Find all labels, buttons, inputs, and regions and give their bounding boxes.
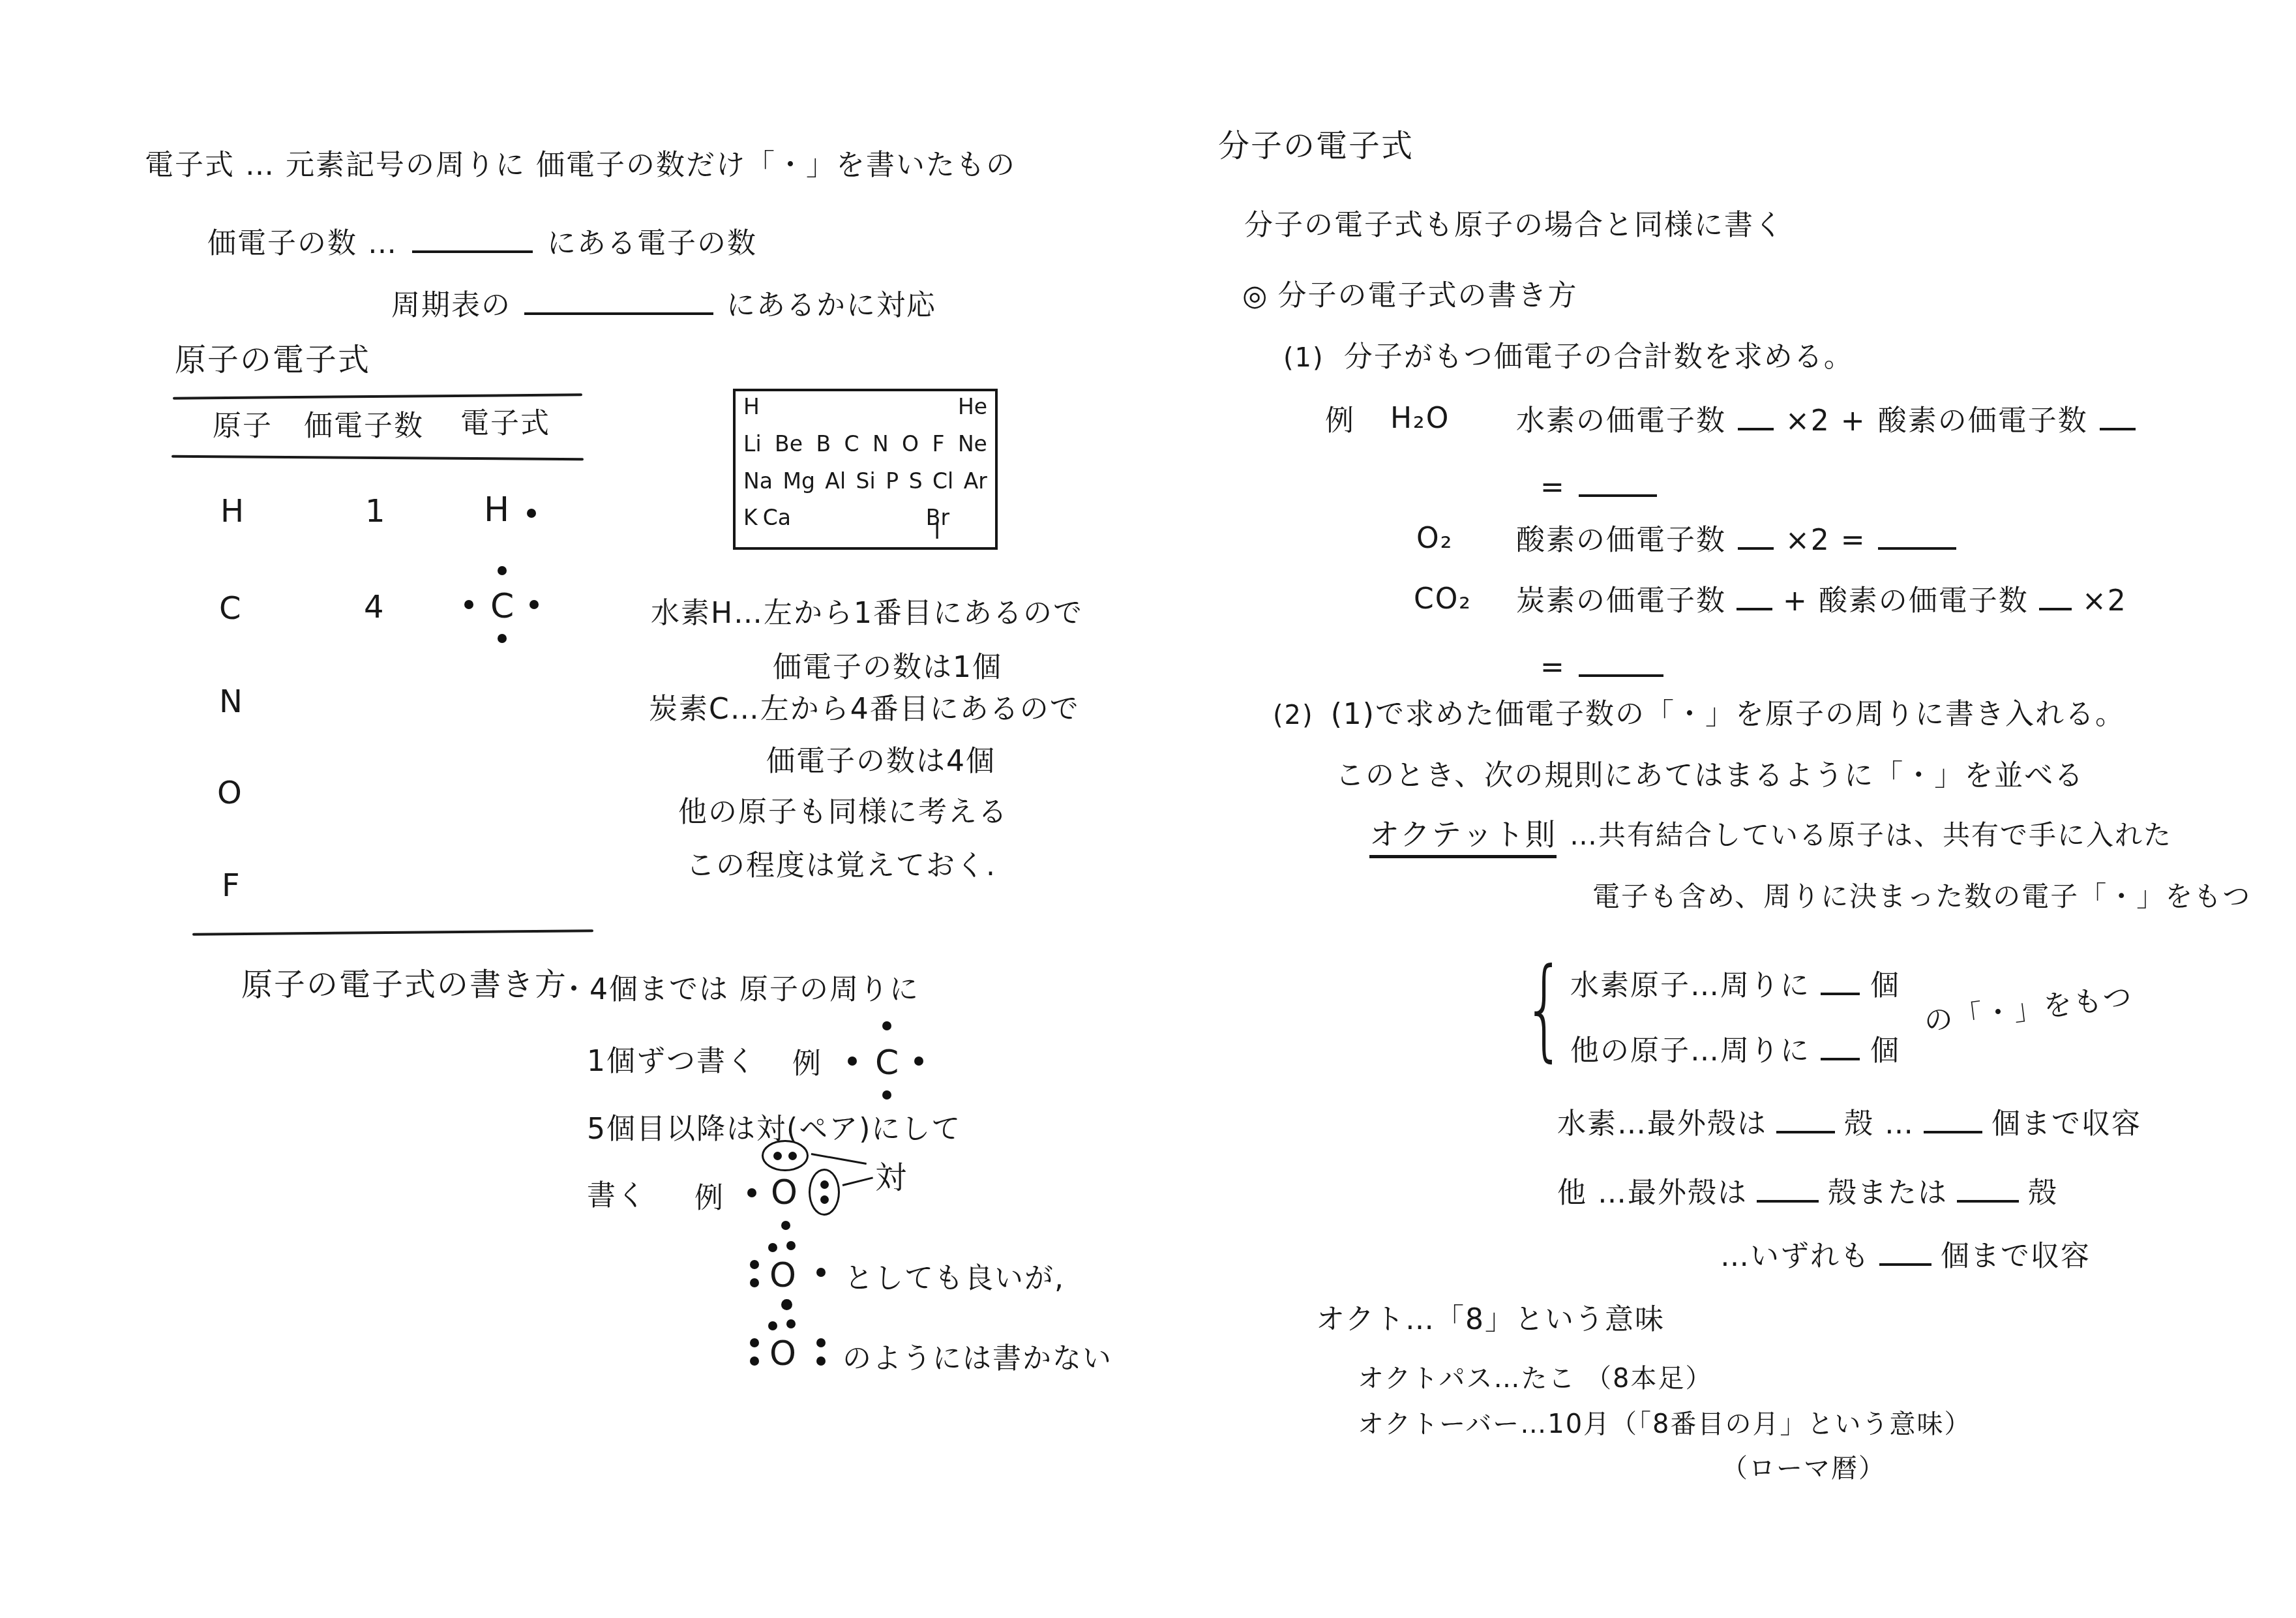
co2-pre: 炭素の価電子数 [1516, 584, 1726, 619]
electron-dot [914, 1056, 923, 1066]
fill-in-blank [524, 285, 713, 315]
electron-dot [816, 1338, 826, 1347]
electron-pair-circle [762, 1140, 809, 1171]
fill-in-blank [1776, 1103, 1835, 1133]
electron-dot [750, 1338, 759, 1347]
octo-octopus: オクトパス…たこ （8本足） [1358, 1363, 1713, 1394]
periodic-table-box: H He Li Be B C N O F Ne Na Mg Al Si P S … [733, 389, 998, 550]
fill-in-blank [1957, 1173, 2019, 1203]
example-label: 例 [694, 1182, 724, 1216]
fill-in-blank [1738, 520, 1774, 550]
howto-rule4: 書く [587, 1179, 647, 1214]
o2-operator: ×2 = [1785, 524, 1866, 558]
periodic-ref-line: 周期表の にあるかに対応 [391, 285, 936, 323]
formula-co2: CO₂ [1414, 582, 1472, 617]
fill-in-blank [412, 223, 533, 253]
electron-dot [529, 600, 539, 609]
example-label: 例 [1325, 404, 1355, 439]
element-symbol: Mg [783, 470, 814, 493]
table-header-rule [171, 455, 584, 460]
unit: 個 [1870, 969, 1900, 1004]
element-symbol: O [902, 432, 919, 456]
h2o-pre: 水素の価電子数 [1516, 404, 1726, 439]
note-carbon-1: 炭素C…左から4番目にあるので [649, 693, 1080, 727]
fill-in-blank [1821, 965, 1860, 995]
step1-number: (1) [1283, 342, 1324, 374]
electron-dot [750, 1278, 759, 1287]
electron-dot [786, 1319, 796, 1328]
table-cell-valence: 4 [364, 589, 385, 627]
element-symbol: Na [743, 470, 773, 493]
table-row: O [217, 775, 243, 813]
shell1-pre: 水素…最外殻は [1557, 1107, 1767, 1142]
fill-in-blank [1879, 1236, 1931, 1266]
lewis-letter: O [769, 1334, 798, 1374]
electron-dot [750, 1260, 759, 1269]
fill-in-blank [1878, 520, 1956, 550]
important-mark: ◎ [1242, 279, 1268, 314]
pair-connector-line [811, 1153, 867, 1165]
electron-dot [747, 1188, 756, 1197]
note-carbon-2: 価電子の数は4個 [766, 745, 996, 779]
ok-note: としても良いが, [844, 1262, 1065, 1296]
formula-h2o: H₂O [1390, 402, 1450, 436]
molecule-howto-title: 分子の電子式の書き方 [1277, 279, 1577, 314]
molecule-title: 分子の電子式 [1218, 128, 1414, 166]
atom-formula-title: 原子の電子式 [175, 342, 370, 380]
scanned-note-page: 電子式 … 元素記号の周りに 価電子の数だけ「・」を書いたもの 価電子の数 … … [0, 0, 2296, 1618]
electron-dot [527, 509, 536, 518]
electron-dot [768, 1321, 777, 1330]
element-symbol: Li [743, 432, 762, 456]
fill-in-blank [1924, 1103, 1982, 1133]
rule-hydrogen: 水素原子…周りに [1570, 969, 1810, 1004]
definition-line: 電子式 … 元素記号の周りに 価電子の数だけ「・」を書いたもの [145, 149, 1016, 183]
octet-def1: …共有結合している原子は、共有で手に入れた [1570, 819, 2172, 852]
electron-dot [848, 1056, 857, 1066]
element-symbol: Al [825, 470, 846, 493]
element-symbol: S [909, 470, 923, 493]
fill-in-blank [1579, 467, 1657, 497]
example-label: 例 [792, 1047, 822, 1082]
lewis-c-four-dots: C [456, 561, 548, 652]
element-symbol: Ne [958, 432, 987, 456]
valence-count-line: 価電子の数 … にある電子の数 [207, 223, 757, 262]
co2-count-line: 炭素の価電子数 + 酸素の価電子数 ×2 [1516, 580, 2127, 619]
formula-o2: O₂ [1416, 522, 1453, 556]
electron-dot [781, 1221, 790, 1230]
shell2-pre: 他 …最外殻は [1557, 1176, 1748, 1211]
pair-label: 対 [875, 1160, 908, 1197]
table-row: F [222, 867, 241, 905]
h2o-operator: ×2 + [1785, 404, 1866, 439]
step2-text2: このとき、次の規則にあてはまるように「・」を並べる [1335, 759, 2084, 794]
electron-dot [781, 1299, 792, 1310]
o2-pre: 酸素の価電子数 [1516, 524, 1726, 558]
fill-in-blank [1821, 1030, 1860, 1060]
octet-term: オクテット則 [1369, 816, 1557, 858]
electron-pair-circle [809, 1169, 840, 1216]
fill-in-blank [2039, 580, 2072, 610]
unit: 個 [1870, 1034, 1900, 1069]
electron-dot [882, 1021, 891, 1030]
h2o-count-line: 水素の価電子数 ×2 + 酸素の価電子数 [1516, 400, 2136, 439]
co2-equals-line: = [1540, 647, 1663, 685]
rule-other: 他の原子…周りに [1570, 1034, 1810, 1069]
octet-line: オクテット則 …共有結合している原子は、共有で手に入れた [1369, 816, 2172, 858]
plus-sign: + [1783, 584, 1808, 619]
shell-line-2: 他 …最外殻は 殻または 殻 [1557, 1173, 2058, 1211]
element-symbol: Si [856, 470, 876, 493]
element-symbol: N [872, 432, 889, 456]
shell3-post: 個まで収容 [1941, 1240, 2091, 1274]
brace: { [1523, 944, 1566, 1073]
step2-line: (2) (1)で求めた価電子数の「・」を原子の周りに書き入れる。 [1273, 698, 2125, 732]
element-symbol: He [958, 395, 987, 419]
table-top-rule [173, 393, 582, 399]
table-row: N [219, 683, 244, 721]
lewis-letter: C [490, 587, 514, 626]
electron-dot [498, 566, 507, 575]
electron-dot [816, 1268, 826, 1277]
shell2-post: 殻 [2028, 1176, 2058, 1211]
electron-dot [816, 1356, 826, 1366]
note-other-atoms: 他の原子も同様に考える [678, 796, 1008, 830]
fill-in-blank [1579, 647, 1663, 677]
table-cell-valence: 1 [365, 493, 387, 531]
h2o-post: 酸素の価電子数 [1878, 404, 2088, 439]
col-header-formula: 電子式 [460, 407, 550, 442]
fill-in-blank [1738, 400, 1774, 430]
molecule-howto-heading: ◎ 分子の電子式の書き方 [1242, 279, 1577, 314]
element-symbol: F [932, 432, 945, 456]
fill-in-blank [2100, 400, 2136, 430]
howto-title: 原子の電子式の書き方 [241, 966, 567, 1004]
electron-dot [750, 1356, 759, 1366]
element-symbol: Ar [964, 470, 987, 493]
ng-note: のようには書かない [842, 1342, 1112, 1377]
h2o-equals-line: = [1540, 467, 1657, 505]
shell1-mid: 殻 … [1844, 1107, 1915, 1142]
equals-sign: = [1540, 651, 1566, 685]
octo-october: オクトーバー…10月（「8番目の月」という意味） [1358, 1409, 1972, 1440]
electron-dot [786, 1241, 796, 1250]
pair-connector-line [842, 1176, 873, 1186]
electron-dot [464, 600, 473, 609]
molecule-intro: 分子の電子式も原子の場合と同様に書く [1244, 209, 1784, 243]
electron-dot [768, 1243, 777, 1252]
step2-text: (1)で求めた価電子数の「・」を原子の周りに書き入れる。 [1331, 698, 2125, 732]
lewis-letter: C [875, 1043, 899, 1083]
col-header-atom: 原子 [213, 410, 273, 444]
element-symbol: Cl [932, 470, 953, 493]
shell2-mid: 殻または [1828, 1176, 1948, 1211]
co2-x2: ×2 [2082, 584, 2127, 619]
periodic-row-3: Na Mg Al Si P S Cl Ar [743, 470, 987, 493]
octo-roman: （ローマ暦） [1722, 1453, 1886, 1484]
element-symbol: I [934, 520, 940, 543]
shell1-post: 個まで収容 [1991, 1107, 2141, 1142]
lewis-letter: O [769, 1255, 798, 1296]
octet-def2: 電子も含め、周りに決まった数の電子「・」をもつ [1592, 880, 2251, 913]
step1-line: (1) 分子がもつ価電子の合計数を求める。 [1283, 340, 1854, 375]
lewis-c-example: C [841, 1017, 932, 1109]
col-header-valence: 価電子数 [304, 410, 424, 444]
element-symbol: P [886, 470, 899, 493]
element-symbol: B [816, 432, 831, 456]
brace-note: の「・」をもつ [1922, 980, 2135, 1040]
o2-count-line: 酸素の価電子数 ×2 = [1516, 520, 1956, 558]
lewis-letter: O [771, 1173, 799, 1213]
fill-in-blank [1737, 580, 1772, 610]
brace-rule-2: 他の原子…周りに 個 [1570, 1030, 1900, 1069]
lewis-letter: H [484, 490, 509, 530]
electron-dot [882, 1090, 891, 1100]
element-symbol: Be [775, 432, 803, 456]
element-symbol: H [743, 395, 760, 419]
step1-text: 分子がもつ価電子の合計数を求める。 [1344, 340, 1854, 375]
step2-number: (2) [1273, 700, 1314, 731]
element-symbol: K [743, 506, 758, 530]
periodic-row-4: K Ca Br [743, 506, 987, 530]
co2-post: 酸素の価電子数 [1819, 584, 2029, 619]
periodic-row-2: Li Be B C N O F Ne [743, 432, 987, 456]
shell-line-3: …いずれも 個まで収容 [1720, 1236, 2091, 1274]
element-symbol: C [844, 432, 859, 456]
table-row: H [220, 493, 245, 531]
fill-in-blank [1757, 1173, 1819, 1203]
table-bottom-rule [192, 929, 593, 935]
equals-sign: = [1540, 471, 1566, 505]
howto-rule2: 1個ずつ書く [587, 1045, 756, 1079]
brace-rule-1: 水素原子…周りに 個 [1570, 965, 1900, 1004]
valence-count-label: 価電子の数 … [207, 227, 398, 262]
valence-count-rest: にある電子の数 [547, 227, 757, 262]
element-symbol: Ca [763, 506, 791, 530]
octo-meaning: オクト…「8」という意味 [1316, 1303, 1665, 1338]
periodic-row-1: H He [743, 395, 987, 419]
periodic-ref-label: 周期表の [391, 289, 511, 323]
lewis-h-dot: H [484, 490, 556, 536]
shell3-pre: …いずれも [1720, 1240, 1870, 1274]
note-hydrogen-1: 水素H…左から1番目にあるので [651, 597, 1083, 631]
note-hydrogen-2: 価電子の数は1個 [773, 651, 1002, 685]
table-row: C [219, 590, 243, 628]
note-memorize: この程度は覚えておく. [686, 849, 996, 884]
electron-dot [498, 634, 507, 643]
periodic-ref-rest: にあるかに対応 [726, 289, 936, 323]
shell-line-1: 水素…最外殻は 殻 … 個まで収容 [1557, 1103, 2141, 1142]
howto-rule1: ・4個までは 原子の周りに [559, 973, 919, 1008]
